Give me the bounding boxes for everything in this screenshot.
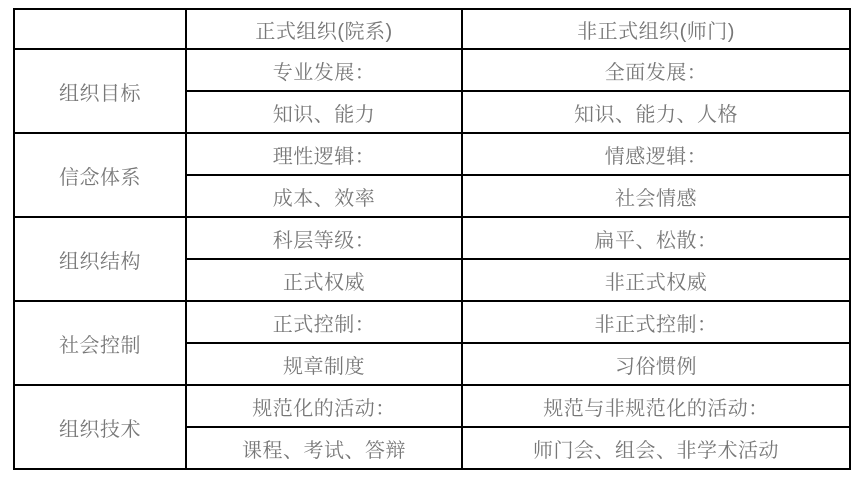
informal-cell-line1: 扁平、松散： — [462, 217, 850, 259]
formal-cell-line1: 规范化的活动： — [186, 385, 462, 427]
informal-cell-line2: 非正式权威 — [462, 259, 850, 301]
page: 正式组织(院系) 非正式组织(师门) 组织目标 专业发展： 全面发展： 知识、能… — [0, 0, 863, 489]
table-row: 组织结构 科层等级： 扁平、松散： — [14, 217, 850, 259]
formal-cell-line1: 正式控制： — [186, 301, 462, 343]
formal-cell-line1: 理性逻辑： — [186, 133, 462, 175]
informal-cell-line2: 社会情感 — [462, 175, 850, 217]
formal-cell-line2: 知识、能力 — [186, 91, 462, 133]
header-cell-empty — [14, 9, 186, 49]
formal-cell-line2: 课程、考试、答辩 — [186, 427, 462, 469]
table-row: 社会控制 正式控制： 非正式控制： — [14, 301, 850, 343]
formal-cell-line1: 科层等级： — [186, 217, 462, 259]
category-cell: 组织结构 — [14, 217, 186, 301]
informal-cell-line2: 习俗惯例 — [462, 343, 850, 385]
header-cell-informal: 非正式组织(师门) — [462, 9, 850, 49]
informal-cell-line1: 非正式控制： — [462, 301, 850, 343]
informal-cell-line2: 师门会、组会、非学术活动 — [462, 427, 850, 469]
formal-cell-line2: 成本、效率 — [186, 175, 462, 217]
comparison-table: 正式组织(院系) 非正式组织(师门) 组织目标 专业发展： 全面发展： 知识、能… — [13, 8, 851, 470]
table-row: 信念体系 理性逻辑： 情感逻辑： — [14, 133, 850, 175]
informal-cell-line1: 全面发展： — [462, 49, 850, 91]
formal-cell-line2: 正式权威 — [186, 259, 462, 301]
header-cell-formal: 正式组织(院系) — [186, 9, 462, 49]
header-row: 正式组织(院系) 非正式组织(师门) — [14, 9, 850, 49]
informal-cell-line1: 情感逻辑： — [462, 133, 850, 175]
informal-cell-line2: 知识、能力、人格 — [462, 91, 850, 133]
table-row: 组织技术 规范化的活动： 规范与非规范化的活动： — [14, 385, 850, 427]
category-cell: 信念体系 — [14, 133, 186, 217]
informal-cell-line1: 规范与非规范化的活动： — [462, 385, 850, 427]
formal-cell-line1: 专业发展： — [186, 49, 462, 91]
table-row: 组织目标 专业发展： 全面发展： — [14, 49, 850, 91]
category-cell: 组织技术 — [14, 385, 186, 469]
formal-cell-line2: 规章制度 — [186, 343, 462, 385]
category-cell: 组织目标 — [14, 49, 186, 133]
category-cell: 社会控制 — [14, 301, 186, 385]
